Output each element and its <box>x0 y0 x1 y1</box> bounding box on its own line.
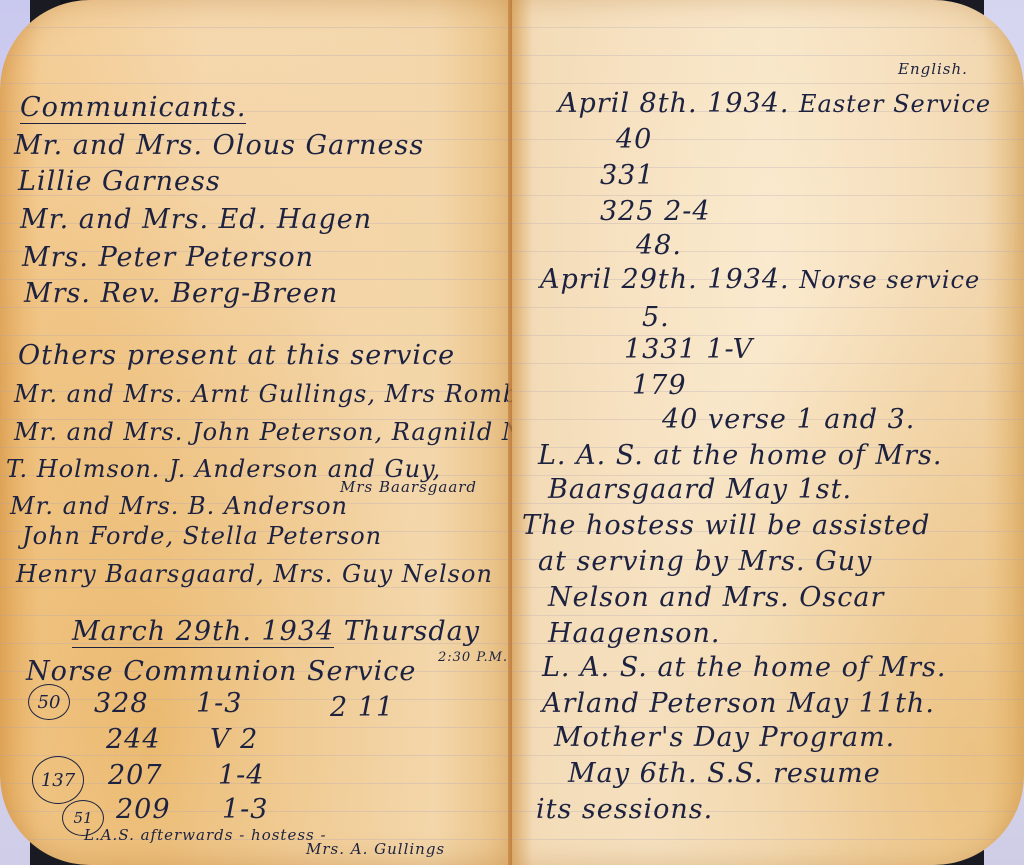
circled-number: 50 <box>28 684 70 720</box>
note-line: The hostess will be assisted <box>522 510 930 541</box>
language-note: English. <box>898 60 968 78</box>
hymn-number: 328 <box>94 688 149 719</box>
note-line: May 6th. S.S. resume <box>568 758 881 789</box>
march-service: Norse Communion Service <box>26 656 416 687</box>
easter-hymn: 40 <box>616 124 652 155</box>
left-page: Communicants. Mr. and Mrs. Olous Garness… <box>0 0 514 865</box>
note-line: Arland Peterson May 11th. <box>542 688 935 719</box>
others-line: Mr. and Mrs. John Peterson, Ragnild N. <box>14 418 514 446</box>
communicant-name: Mr. and Mrs. Ed. Hagen <box>20 204 372 235</box>
easter-hymn: 331 <box>600 160 655 191</box>
hymn-verses: 1-3 <box>222 794 268 825</box>
communicants-heading: Communicants. <box>20 92 246 124</box>
hymn-verses: 1-4 <box>218 760 264 791</box>
communicant-name: Lillie Garness <box>18 166 221 197</box>
right-page: English. April 8th. 1934. Easter Service… <box>512 0 1024 865</box>
norse-hymn: 1331 1-V <box>624 334 753 365</box>
circled-number: 137 <box>32 756 84 804</box>
easter-date: April 8th. 1934. <box>558 88 789 119</box>
norse-hymn: 40 verse 1 and 3. <box>662 404 915 435</box>
norse-hymn: 5. <box>642 302 670 333</box>
others-line: John Forde, Stella Peterson <box>22 522 382 550</box>
note-line: Nelson and Mrs. Oscar <box>548 582 884 613</box>
communicant-name: Mrs. Rev. Berg-Breen <box>24 278 338 309</box>
note-line: Baarsgaard May 1st. <box>548 474 852 505</box>
communicant-name: Mrs. Peter Peterson <box>22 242 314 273</box>
hymn-verses: V 2 <box>210 724 258 755</box>
easter-entry-header: April 8th. 1934. Easter Service <box>558 88 991 119</box>
easter-hymn: 48. <box>636 230 682 261</box>
easter-service: Easter Service <box>799 90 991 118</box>
note-line: at serving by Mrs. Guy <box>538 546 872 577</box>
communicant-name: Mr. and Mrs. Olous Garness <box>14 130 424 161</box>
hymn-note: 2 11 <box>330 692 394 723</box>
hostess-name: Mrs. A. Gullings <box>306 840 445 858</box>
march-time: 2:30 P.M. <box>438 650 508 665</box>
march-day: Thursday <box>344 616 480 647</box>
note-line: its sessions. <box>536 794 713 825</box>
hymn-number: 207 <box>108 760 163 791</box>
hymn-verses: 1-3 <box>196 688 242 719</box>
note-line: Mother's Day Program. <box>554 722 895 753</box>
others-line: Mr. and Mrs. Arnt Gullings, Mrs Romberg <box>14 380 514 408</box>
march-entry-date: March 29th. 1934 Thursday <box>72 616 480 647</box>
norse-entry-header: April 29th. 1934. Norse service <box>540 264 980 295</box>
norse-date: April 29th. 1934. <box>540 264 790 295</box>
las-footer: L.A.S. afterwards - hostess - <box>84 826 327 844</box>
note-line: L. A. S. at the home of Mrs. <box>542 652 946 683</box>
hymn-number: 209 <box>116 794 171 825</box>
march-date: March 29th. 1934 <box>72 616 334 648</box>
note-line: L. A. S. at the home of Mrs. <box>538 440 942 471</box>
note-line: Haagenson. <box>548 618 720 649</box>
norse-hymn: 179 <box>632 370 687 401</box>
inserted-note: Mrs Baarsgaard <box>340 478 477 496</box>
hymn-number: 244 <box>106 724 161 755</box>
others-heading: Others present at this service <box>18 340 455 371</box>
norse-service: Norse service <box>799 266 980 294</box>
easter-hymn: 325 2-4 <box>600 196 711 227</box>
others-line: Mr. and Mrs. B. Anderson <box>10 492 348 520</box>
others-line: Henry Baarsgaard, Mrs. Guy Nelson <box>16 560 493 588</box>
